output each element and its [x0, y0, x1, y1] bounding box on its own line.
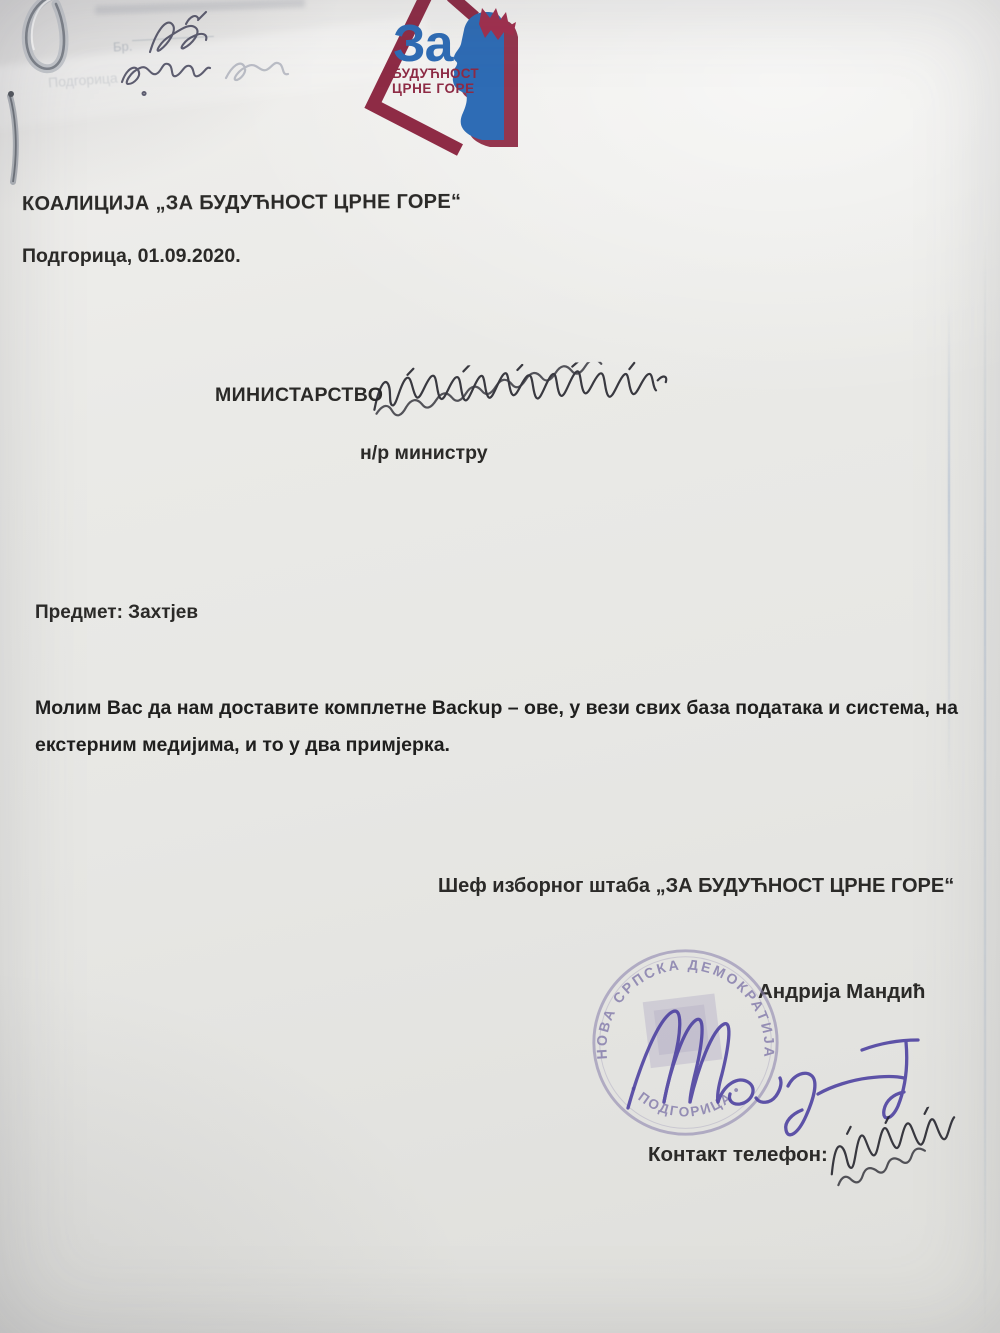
redaction-scribble-ministry: [367, 360, 668, 426]
handwritten-note-scribble: [98, 8, 313, 106]
coalition-heading: КОАЛИЦИЈА „ЗА БУДУЋНОСТ ЦРНЕ ГОРЕ“: [22, 191, 461, 216]
logo-line1-text: БУДУЋНОСТ: [392, 66, 479, 81]
contact-label: Контакт телефон:: [648, 1143, 828, 1167]
logo-line2-text: ЦРНЕ ГОРЕ: [392, 81, 475, 96]
body-line-2: екстерним медијима, и то у два примјерка…: [35, 734, 450, 757]
paper-clip-icon: [0, 0, 95, 204]
attention-line: н/р министру: [360, 442, 488, 465]
scanned-letter-page: Бр. Подгорица За БУД: [0, 0, 1000, 1333]
subject-line: Предмет: Захтјев: [35, 602, 198, 624]
logo-za-text: За: [393, 15, 455, 73]
closing-role-line: Шеф изборног штаба „ЗА БУДУЋНОСТ ЦРНЕ ГО…: [438, 875, 954, 898]
place-date-line: Подгорица, 01.09.2020.: [22, 245, 241, 268]
body-line-1: Молим Вас да нам доставите комплетне Bac…: [35, 697, 958, 720]
paper-crease-line: [948, 300, 950, 790]
paper-crease-line: [984, 240, 986, 1330]
ministry-label: МИНИСТАРСТВО: [215, 384, 383, 407]
coalition-logo: За БУДУЋНОСТ ЦРНЕ ГОРЕ: [352, 0, 520, 160]
